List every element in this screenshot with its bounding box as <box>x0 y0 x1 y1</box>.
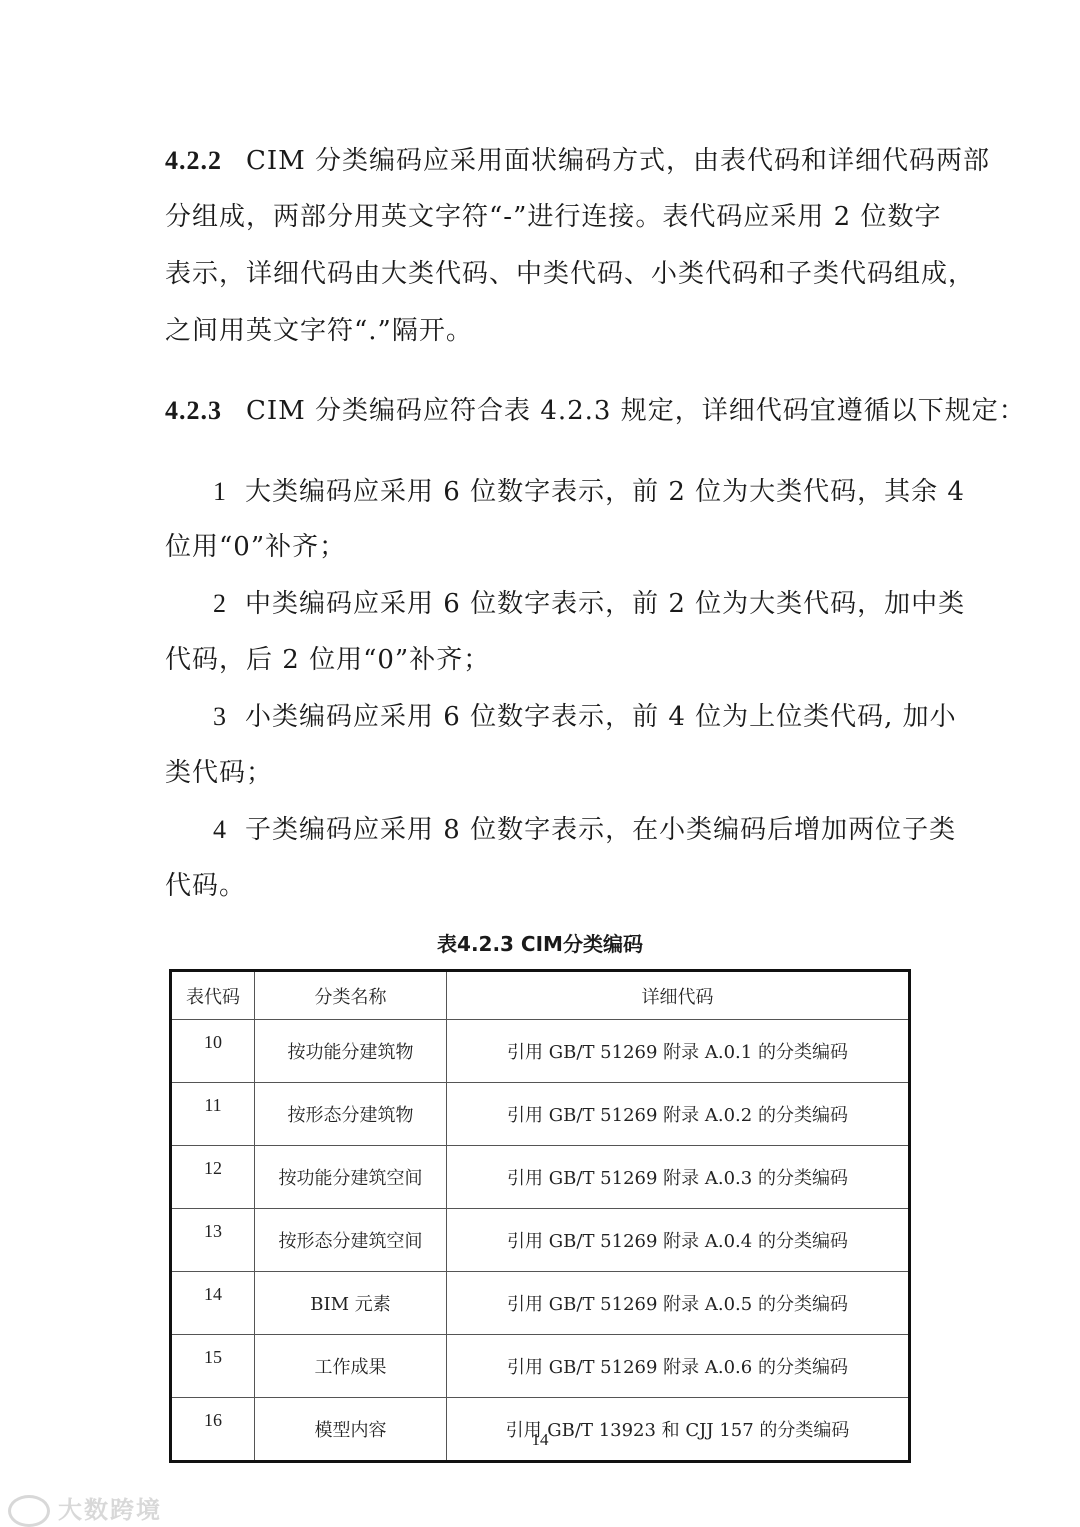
rule-item-cont: 位用“0”补齐； <box>165 532 346 562</box>
cell-name: 按形态分建筑物 <box>255 1083 447 1146</box>
cell-detail: 引用 GB/T 51269 附录 A.0.2 的分类编码 <box>447 1083 910 1146</box>
paragraph-line: 之间用英文字符“.”隔开。 <box>165 316 473 346</box>
cell-code: 14 <box>171 1272 255 1335</box>
table-row: 11 按形态分建筑物 引用 GB/T 51269 附录 A.0.2 的分类编码 <box>171 1083 910 1146</box>
classification-table: 表代码 分类名称 详细代码 10 按功能分建筑物 引用 GB/T 51269 附… <box>169 969 911 1463</box>
table-row: 12 按功能分建筑空间 引用 GB/T 51269 附录 A.0.3 的分类编码 <box>171 1146 910 1209</box>
rule-item-cont: 代码，后 2 位用“0”补齐； <box>165 645 490 675</box>
table-row: 14 BIM 元素 引用 GB/T 51269 附录 A.0.5 的分类编码 <box>171 1272 910 1335</box>
cell-code: 10 <box>171 1020 255 1083</box>
cell-name: 按形态分建筑空间 <box>255 1209 447 1272</box>
header-category-name: 分类名称 <box>255 971 447 1020</box>
header-table-code: 表代码 <box>171 971 255 1020</box>
cell-detail: 引用 GB/T 51269 附录 A.0.3 的分类编码 <box>447 1146 910 1209</box>
cell-detail: 引用 GB/T 51269 附录 A.0.4 的分类编码 <box>447 1209 910 1272</box>
rule-item: 4子类编码应采用 8 位数字表示，在小类编码后增加两位子类 <box>213 815 956 845</box>
watermark-logo-icon <box>8 1495 50 1527</box>
paragraph-line: 表示，详细代码由大类代码、中类代码、小类代码和子类代码组成， <box>165 259 975 289</box>
cell-name: 工作成果 <box>255 1335 447 1398</box>
watermark: 大数跨境 <box>8 1490 162 1527</box>
rule-item-cont: 代码。 <box>165 871 246 901</box>
cell-detail: 引用 GB/T 51269 附录 A.0.6 的分类编码 <box>447 1335 910 1398</box>
cell-code: 13 <box>171 1209 255 1272</box>
section-number: 4.2.3 <box>165 396 222 425</box>
rule-item-cont: 类代码； <box>165 758 273 788</box>
cell-code: 11 <box>171 1083 255 1146</box>
table-header-row: 表代码 分类名称 详细代码 <box>171 971 910 1020</box>
paragraph-line: 4.2.2CIM 分类编码应采用面状编码方式，由表代码和详细代码两部 <box>165 146 990 176</box>
header-detail-code: 详细代码 <box>447 971 910 1020</box>
paragraph-line: 4.2.3CIM 分类编码应符合表 4.2.3 规定，详细代码宜遵循以下规定： <box>165 396 1026 426</box>
table-row: 10 按功能分建筑物 引用 GB/T 51269 附录 A.0.1 的分类编码 <box>171 1020 910 1083</box>
table-row: 13 按形态分建筑空间 引用 GB/T 51269 附录 A.0.4 的分类编码 <box>171 1209 910 1272</box>
page-number: 14 <box>0 1430 1080 1450</box>
cell-code: 12 <box>171 1146 255 1209</box>
section-number: 4.2.2 <box>165 146 222 175</box>
cell-name: BIM 元素 <box>255 1272 447 1335</box>
rule-item: 2中类编码应采用 6 位数字表示，前 2 位为大类代码，加中类 <box>213 589 965 619</box>
cell-name: 按功能分建筑空间 <box>255 1146 447 1209</box>
cell-detail: 引用 GB/T 51269 附录 A.0.1 的分类编码 <box>447 1020 910 1083</box>
cell-detail: 引用 GB/T 51269 附录 A.0.5 的分类编码 <box>447 1272 910 1335</box>
table-caption: 表4.2.3 CIM分类编码 <box>0 928 1080 957</box>
paragraph-line: 分组成，两部分用英文字符“-”进行连接。表代码应采用 2 位数字 <box>165 202 941 232</box>
cell-name: 按功能分建筑物 <box>255 1020 447 1083</box>
rule-item: 3小类编码应采用 6 位数字表示，前 4 位为上位类代码, 加小 <box>213 702 957 732</box>
table-row: 15 工作成果 引用 GB/T 51269 附录 A.0.6 的分类编码 <box>171 1335 910 1398</box>
rule-item: 1大类编码应采用 6 位数字表示，前 2 位为大类代码，其余 4 <box>213 477 965 507</box>
cell-code: 15 <box>171 1335 255 1398</box>
